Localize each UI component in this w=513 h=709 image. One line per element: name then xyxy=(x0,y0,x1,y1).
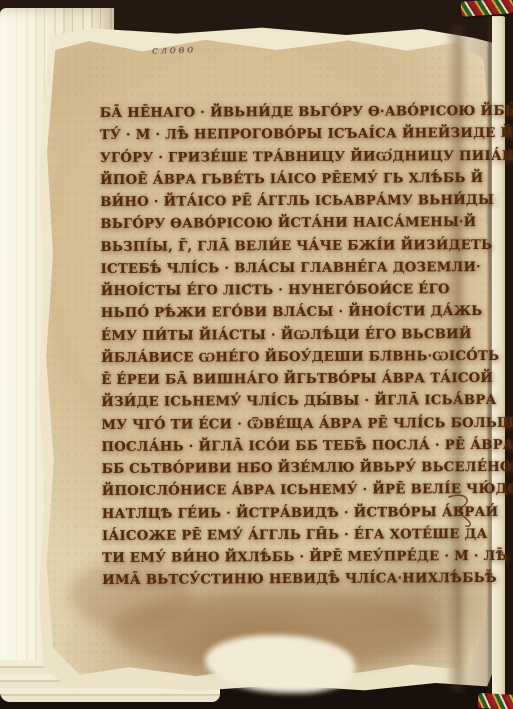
manuscript-line: УГО́РУ · ГРИЗЕ́ШЕ ТРА́ВНИЦУ ЙИѠ́ДНИЦУ ПИ… xyxy=(100,146,472,170)
endband-bottom xyxy=(478,693,513,709)
text-block: БА̄ НЕ̄НАГО · ЙВЬНИ́ДЕ ВЬГО́РУ Ѳ·АВО́РІС… xyxy=(100,101,475,592)
manuscript-line: ВЬЗПІ́Ы, Г̄, ГЛА̄ ВЕЛИ́Е ЧА́ЧЕ БЖІ́И ЙИЗ… xyxy=(100,235,472,259)
manuscript-line: ЙПОЕ̄ А́ВРА ГЬВЕ́ТЬ ІА́ІСО РЕ̄ЕМУ́ ГЬ ХЛ… xyxy=(100,168,472,192)
manuscript-line: ТУ́ · М̄ · ЛѢ̄ НЕПРОГОВО́РЫ ІСЪАІ́СА ЙНЕ… xyxy=(100,123,472,147)
manuscript-line: ЙНОІ́СТЫ Е́ГО ЛІС́ТЬ · НУНЕГО́БОИ́СЕ Е́Г… xyxy=(101,279,473,303)
manuscript-line: ПОСЛА́НЬ · ЙГЛА̄ ІСО́И БЬ̄ ТЕБѢ̄ ПОСЛА́ … xyxy=(101,435,473,459)
pen-flourish xyxy=(447,492,475,528)
manuscript-line: Е̄ Е́РЕИ БА̄ ВИШНА́ГО ЙГЬТВО́РЫ А́ВРА ТА… xyxy=(101,368,473,392)
manuscript-line: БА̄ НЕ̄НАГО · ЙВЬНИ́ДЕ ВЬГО́РУ Ѳ·АВО́РІС… xyxy=(100,101,472,125)
manuscript-line: НЬПО́ РѢ́ЖИ ЕГО́ВИ ВЛА́СЫ · ЙНОІ́СТИ ДА́… xyxy=(101,301,473,325)
manuscript-line: ЙПОІСЛО́НИСЕ А́ВРА ІСЬНЕМУ́ · ЙРЕ̄ ВЕЛІ́… xyxy=(102,479,474,503)
photo-background: слово БА̄ НЕ̄НАГО · ЙВЬНИ́ДЕ ВЬГО́РУ Ѳ·А… xyxy=(0,0,513,709)
manuscript-line: Е́МУ ПИ́ТЫ ЙІА́СТЫ · ЙѠЛѢ́ЦИ Е́ГО ВЬСВИӤ xyxy=(101,324,473,348)
manuscript-line: ВЬГО́РУ ѲАВО́РІСОЮ ЙСТА́НИ НАІСА́МЕНЫ‧Й xyxy=(100,212,472,236)
manuscript-line: ВИ́НО · ЙТА́ІСО РЕ̄ А́ГГЛЬ ІСЬАВРА́МУ ВЬ… xyxy=(100,190,472,214)
manuscript-line: ЙБЛА́ВИСЕ ѠНЕ́ГО ЙБОУ́ДЕШИ БЛ́ВНЬ‧ѠІСО́Т… xyxy=(101,346,473,370)
manuscript-line: ЙЗИ́ДЕ ІСЬНЕМУ́ ЧЛІ́СЬ ДЫ́ВЫ · ЙГЛА̄ ІСЬ… xyxy=(101,390,473,414)
manuscript-line: БЬ̄ СЬТВО́РИВИ НБ̄О ЙЗЕ́МЛЮ ЙВЬРУ́ ВЬСЕЛ… xyxy=(102,457,474,481)
manuscript-line: МУ ЧГО́ ТИ Е́СИ · ѾВЕ́ЩА А́ВРА РЕ̄ ЧЛІ́С… xyxy=(101,413,473,437)
manuscript-line: ИМА̄ ВЬТСУ́СТИНЮ НЕВИДѢ̄ ЧЛІ́СА‧НИХЛѢ́БЬ… xyxy=(102,568,474,592)
manuscript-line: ІА́ІСОЖЕ РЕ̄ ЕМУ́ А́ГГЛЬ ГН̄Ь · Е́ГА ХОТ… xyxy=(102,524,474,548)
manuscript-line: НАТЛ́ЦѢ ГЕ́ИЬ · ЙСТРА́ВИДѢ · ЙСТВО́РЫ А́… xyxy=(102,502,474,526)
manuscript-line: ІСТЕБѢ́ ЧЛІ́СЬ · ВЛА́СЫ ГЛАВНЕ́ГА ДОЗЕМЛ… xyxy=(101,257,473,281)
margin-note: слово xyxy=(152,43,196,57)
manuscript-line: ТИ ЕМУ́ ВИ́НО ЙХЛѢ́БЬ · ЙРЕ̄ МЕУ́ПРЕ́ДЕ … xyxy=(102,546,474,570)
